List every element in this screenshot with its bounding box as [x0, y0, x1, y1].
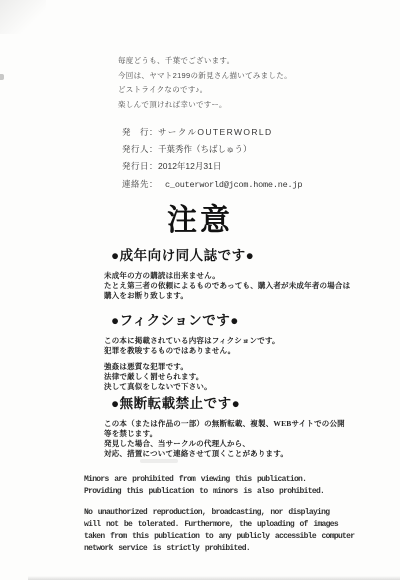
greeting-line: 毎度どうも、千葉でございます。: [118, 54, 292, 69]
scan-artifact-top-left: [0, 0, 46, 34]
section-paragraph: この本（または作品の一部）の無断転載、複製、WEBサイトでの公開等を禁じます。発…: [104, 419, 400, 459]
notice-title: 注意: [0, 203, 400, 239]
colophon-value: 2012年12月31日: [158, 161, 221, 171]
colophon-label: 発行日：: [122, 161, 158, 171]
colophon-value: サークルOUTERWORLD: [158, 127, 273, 137]
section-line: 購入をお断り致します。: [104, 291, 400, 301]
section-line: この本（または作品の一部）の無断転載、複製、WEBサイトでの公開: [104, 419, 400, 429]
scan-artifact-bottom-edge: [28, 576, 400, 580]
notice-section: ●成年向け同人誌です●未成年の方の購読は出来ません。たとえ第三者の依頼によるもの…: [0, 247, 400, 301]
notice-section: ●フィクションです●この本に掲載されている内容はフィクションです。犯罪を教唆する…: [0, 312, 400, 392]
section-line: 強姦は悪質な犯罪です。: [104, 362, 400, 372]
scan-artifact-smudge: [140, 459, 178, 463]
section-line: 法律で厳しく罰せられます。: [104, 372, 400, 382]
section-line: 発見した場合、当サークルの代理人から、: [104, 439, 400, 449]
colophon-block: 発 行：サークルOUTERWORLD発行人：千葉秀作（ちばしゅう）発行日：201…: [122, 124, 302, 194]
english-notice: Minors are prohibited from viewing this …: [84, 474, 354, 556]
section-paragraph: この本に掲載されている内容はフィクションです。犯罪を教唆するものではありません。: [104, 336, 400, 356]
scan-artifact-left-edge: [0, 74, 4, 80]
english-line: No unauthorized reproduction, broadcasti…: [84, 507, 354, 519]
colophon-value: c_outerworld@jcom.home.ne.jp: [165, 180, 302, 190]
greeting-block: 毎度どうも、千葉でございます。今回は、ヤマト2199の新見さん描いてみました。ど…: [118, 54, 292, 112]
english-line: will not be tolerated. Furthermore, the …: [84, 519, 354, 531]
section-paragraph: 未成年の方の購読は出来ません。たとえ第三者の依頼によるものであっても、購入者が未…: [104, 271, 400, 301]
colophon-row: 連絡先：c_outerworld@jcom.home.ne.jp: [122, 176, 302, 194]
section-heading: ●フィクションです●: [111, 312, 400, 330]
colophon-label: 発行人：: [122, 144, 158, 154]
english-paragraph: Minors are prohibited from viewing this …: [84, 474, 354, 499]
greeting-line: どストライクなのです♪。: [118, 83, 292, 98]
section-line: 決して真似をしないで下さい。: [104, 382, 400, 392]
section-paragraph: 強姦は悪質な犯罪です。法律で厳しく罰せられます。決して真似をしないで下さい。: [104, 362, 400, 392]
section-heading: ●無断転載禁止です●: [111, 395, 400, 413]
greeting-line: 楽しんで頂ければ幸いですー。: [118, 98, 292, 113]
colophon-row: 発行日：2012年12月31日: [122, 158, 302, 175]
section-line: 等を禁じます。: [104, 429, 400, 439]
scanned-colophon-page: 毎度どうも、千葉でございます。今回は、ヤマト2199の新見さん描いてみました。ど…: [0, 0, 400, 580]
english-line: Minors are prohibited from viewing this …: [84, 474, 354, 486]
greeting-line: 今回は、ヤマト2199の新見さん描いてみました。: [118, 69, 292, 84]
section-line: 未成年の方の購読は出来ません。: [104, 271, 400, 281]
english-line: network service is strictly prohibited.: [84, 543, 354, 555]
colophon-label: 発 行：: [122, 127, 158, 137]
english-line: Providing this publication to minors is …: [84, 486, 354, 498]
english-line: taken from this publication to any publi…: [84, 531, 354, 543]
section-line: この本に掲載されている内容はフィクションです。: [104, 336, 400, 346]
colophon-row: 発行人：千葉秀作（ちばしゅう）: [122, 141, 302, 158]
colophon-value: 千葉秀作（ちばしゅう）: [158, 144, 252, 154]
colophon-label: 連絡先：: [122, 179, 158, 189]
section-heading: ●成年向け同人誌です●: [111, 247, 400, 265]
colophon-row: 発 行：サークルOUTERWORLD: [122, 124, 302, 141]
section-line: 犯罪を教唆するものではありません。: [104, 346, 400, 356]
section-line: たとえ第三者の依頼によるものであっても、購入者が未成年者の場合は: [104, 281, 400, 291]
english-paragraph: No unauthorized reproduction, broadcasti…: [84, 507, 354, 556]
notice-section: ●無断転載禁止です●この本（または作品の一部）の無断転載、複製、WEBサイトでの…: [0, 395, 400, 459]
section-line: 対応、措置について連絡させて頂くことがあります。: [104, 449, 400, 459]
